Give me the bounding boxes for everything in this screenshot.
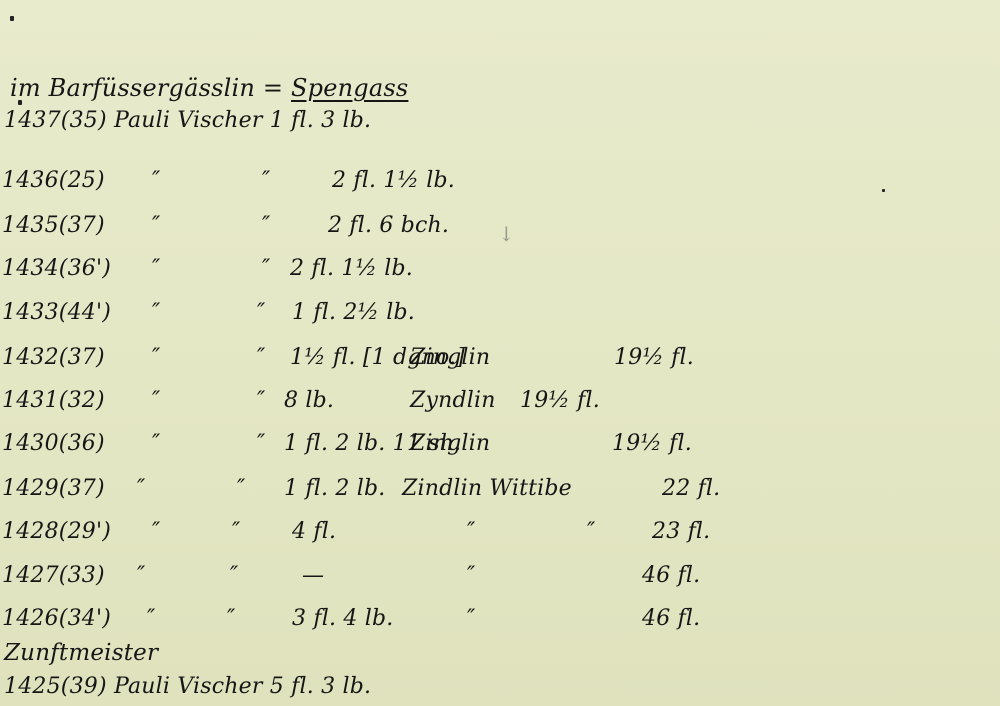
entry-year-ref: 1433(44') xyxy=(2,300,111,325)
entry-year: 1427 xyxy=(2,563,59,588)
entry-year-ref: 1429(37) xyxy=(2,476,105,501)
entry-year: 1434 xyxy=(2,256,59,281)
entry-amount: 8 lb. xyxy=(284,388,334,413)
entry-ref: (36') xyxy=(59,256,111,281)
entry-note: ″ xyxy=(467,606,475,631)
entry-year-ref: 1434(36') xyxy=(2,256,111,281)
entry-year-ref: 1435(37) xyxy=(2,213,105,238)
annotation-arrow-icon: ↓ xyxy=(498,222,515,246)
entry-note-amount: 46 fl. xyxy=(642,563,700,588)
entry-note-amount: 19½ fl. xyxy=(614,345,694,370)
entry-ref: (33) xyxy=(59,563,105,588)
entry-year: 1431 xyxy=(2,388,59,413)
entry-note: Zinglin xyxy=(410,431,490,456)
index-card: im Barfüssergässlin = Spengass 1437(35) … xyxy=(0,0,1000,706)
entry-amount: 1 fl. 3 lb. xyxy=(270,108,371,133)
entry-name: Pauli Vischer xyxy=(114,674,263,699)
ditto-mark: ″ xyxy=(262,168,270,193)
entry-note: ″ xyxy=(467,563,475,588)
entry-note: Zyndlin xyxy=(410,388,496,413)
card-header: im Barfüssergässlin = Spengass xyxy=(10,74,408,102)
entry-note: Zinglin xyxy=(410,345,490,370)
entry-amount: 5 fl. 3 lb. xyxy=(270,674,371,699)
entry-year: 1437 xyxy=(4,108,61,133)
entry-year: 1433 xyxy=(2,300,59,325)
entry-ref: (37) xyxy=(59,345,105,370)
entry-note: Zindlin Wittibe xyxy=(402,476,572,501)
entry-year: 1429 xyxy=(2,476,59,501)
entry-ref: (37) xyxy=(59,476,105,501)
entry-ref: (39) xyxy=(61,674,107,699)
ditto-mark: ″ xyxy=(152,256,160,281)
entry-year: 1436 xyxy=(2,168,59,193)
entry-note-amount: 22 fl. xyxy=(662,476,720,501)
entry-year-ref: 1428(29') xyxy=(2,519,111,544)
entry-note-ditto: ″ xyxy=(587,519,595,544)
entry-year: 1425 xyxy=(4,674,61,699)
section-label: Zunftmeister xyxy=(4,640,158,666)
entry-ref: (34') xyxy=(59,606,111,631)
entry-year: 1430 xyxy=(2,431,59,456)
ditto-mark: ″ xyxy=(152,431,160,456)
final-entry-row: 1425(39) Pauli Vischer 5 fl. 3 lb. xyxy=(4,674,371,699)
entry-note-amount: 19½ fl. xyxy=(520,388,600,413)
ditto-mark: ″ xyxy=(227,606,235,631)
ditto-mark: ″ xyxy=(137,476,145,501)
ditto-mark: ″ xyxy=(137,563,145,588)
entry-amount: 4 fl. xyxy=(292,519,336,544)
entry-amount: 2 fl. 1½ lb. xyxy=(332,168,455,193)
entry-amount: — xyxy=(302,563,324,588)
entry-amount: 3 fl. 4 lb. xyxy=(292,606,393,631)
entry-note: ″ xyxy=(467,519,475,544)
ditto-mark: ″ xyxy=(237,476,245,501)
ditto-mark: ″ xyxy=(152,345,160,370)
entry-ref: (32) xyxy=(59,388,105,413)
punch-mark xyxy=(10,16,14,21)
header-destination: Spengass xyxy=(291,74,408,102)
ditto-mark: ″ xyxy=(257,300,265,325)
ditto-mark: ″ xyxy=(152,300,160,325)
entry-year: 1435 xyxy=(2,213,59,238)
ditto-mark: ″ xyxy=(262,213,270,238)
ditto-mark: ″ xyxy=(152,388,160,413)
entry-year-ref: 1430(36) xyxy=(2,431,105,456)
entry-year-ref: 1426(34') xyxy=(2,606,111,631)
ditto-mark: ″ xyxy=(232,519,240,544)
ditto-mark: ″ xyxy=(152,519,160,544)
ditto-mark: ″ xyxy=(230,563,238,588)
entry-name: Pauli Vischer xyxy=(114,108,263,133)
ditto-mark: ″ xyxy=(152,168,160,193)
ditto-mark: ″ xyxy=(257,345,265,370)
ink-speck xyxy=(882,189,885,192)
entry-ref: (29') xyxy=(59,519,111,544)
entry-year: 1426 xyxy=(2,606,59,631)
entry-row: 1437(35) Pauli Vischer 1 fl. 3 lb. xyxy=(4,108,371,133)
ditto-mark: ″ xyxy=(262,256,270,281)
entry-ref: (35) xyxy=(61,108,107,133)
ditto-mark: ″ xyxy=(147,606,155,631)
entry-year-ref: 1436(25) xyxy=(2,168,105,193)
entry-ref: (44') xyxy=(59,300,111,325)
entry-amount: 1 fl. 2 lb. xyxy=(284,476,385,501)
entry-note-amount: 23 fl. xyxy=(652,519,710,544)
entry-ref: (37) xyxy=(59,213,105,238)
ditto-mark: ″ xyxy=(257,431,265,456)
ditto-mark: ″ xyxy=(257,388,265,413)
entry-note-amount: 19½ fl. xyxy=(612,431,692,456)
entry-amount: 1 fl. 2½ lb. xyxy=(292,300,415,325)
entry-note-amount: 46 fl. xyxy=(642,606,700,631)
header-prefix: im Barfüssergässlin = xyxy=(10,74,283,102)
entry-year-ref: 1432(37) xyxy=(2,345,105,370)
entry-year-ref: 1431(32) xyxy=(2,388,105,413)
entry-ref: (36) xyxy=(59,431,105,456)
entry-year-ref: 1427(33) xyxy=(2,563,105,588)
entry-amount: 2 fl. 1½ lb. xyxy=(290,256,413,281)
entry-ref: (25) xyxy=(59,168,105,193)
entry-year: 1432 xyxy=(2,345,59,370)
entry-amount: 2 fl. 6 bch. xyxy=(328,213,449,238)
ditto-mark: ″ xyxy=(152,213,160,238)
entry-year: 1428 xyxy=(2,519,59,544)
